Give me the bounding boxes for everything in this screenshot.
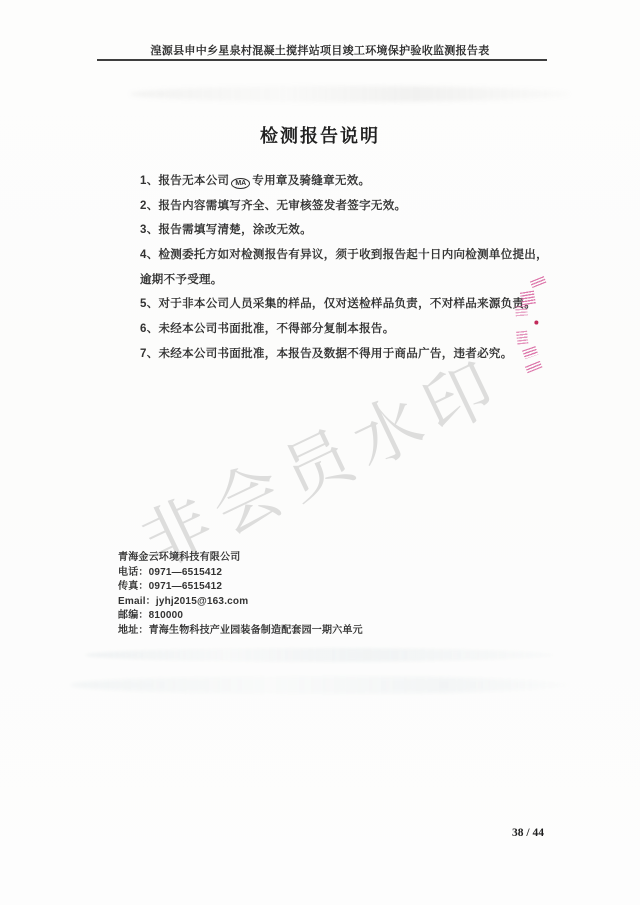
- page-title: 检测报告说明: [0, 122, 640, 148]
- scanned-report-page: 湟源县申中乡星泉村混凝土搅拌站项目竣工环境保护验收监测报告表 非会员水印 检测报…: [0, 0, 640, 905]
- partial-seal-stamp: [505, 274, 557, 378]
- seal-fragment: [515, 306, 528, 318]
- note-item-1: 1、报告无本公司MA专用章及骑缝章无效。: [140, 169, 540, 194]
- note-1-prefix: 1、报告无本公司: [140, 175, 229, 187]
- note-item-7: 7、未经本公司书面批准，本报告及数据不得用于商品广告，违者必究。: [140, 342, 540, 367]
- contact-phone: 电话：0971—6515412: [118, 566, 363, 581]
- note-item-6: 6、未经本公司书面批准，不得部分复制本报告。: [140, 317, 540, 342]
- page-number: 38 / 44: [512, 827, 544, 839]
- note-item-5: 5、对于非本公司人员采集的样品，仅对送检样品负责，不对样品来源负责。: [140, 292, 540, 317]
- note-item-4-line-2: 逾期不予受理。: [140, 268, 540, 293]
- note-item-4-line-1: 4、检测委托方如对检测报告有异议，须于收到报告起十日内向检测单位提出，: [140, 243, 540, 268]
- contact-fax: 传真：0971—6515412: [118, 580, 363, 595]
- seal-fragment: [522, 346, 538, 359]
- scan-smudge-top: [130, 86, 570, 102]
- notes-list: 1、报告无本公司MA专用章及骑缝章无效。 2、报告内容需填写齐全、无审核签发者签…: [140, 169, 540, 367]
- contact-email: Email：jyhj2015@163.com: [118, 595, 363, 610]
- cma-logo-text: MA: [232, 179, 249, 188]
- seal-fragment: [520, 291, 536, 306]
- header-rule: [97, 59, 547, 61]
- contact-address: 地址：青海生物科技产业园装备制造配套园一期六单元: [118, 624, 363, 639]
- seal-fragment: [530, 276, 547, 288]
- seal-red-dot: [534, 320, 538, 324]
- note-item-3: 3、报告需填写清楚，涂改无效。: [140, 218, 540, 243]
- header-title: 湟源县申中乡星泉村混凝土搅拌站项目竣工环境保护验收监测报告表: [0, 42, 640, 58]
- note-1-suffix: 专用章及骑缝章无效。: [252, 175, 370, 187]
- cma-logo-icon: MA: [231, 178, 250, 189]
- note-item-2: 2、报告内容需填写齐全、无审核签发者签字无效。: [140, 194, 540, 219]
- scan-smudge-middle-2: [70, 676, 570, 694]
- seal-fragment: [525, 361, 542, 373]
- contact-block: 青海金云环境科技有限公司 电话：0971—6515412 传真：0971—651…: [118, 551, 363, 639]
- contact-postcode: 邮编：810000: [118, 609, 363, 624]
- watermark-text: 非会员水印: [123, 331, 517, 586]
- contact-company: 青海金云环境科技有限公司: [118, 551, 363, 566]
- seal-fragment: [516, 331, 528, 345]
- scan-smudge-middle-1: [85, 648, 555, 662]
